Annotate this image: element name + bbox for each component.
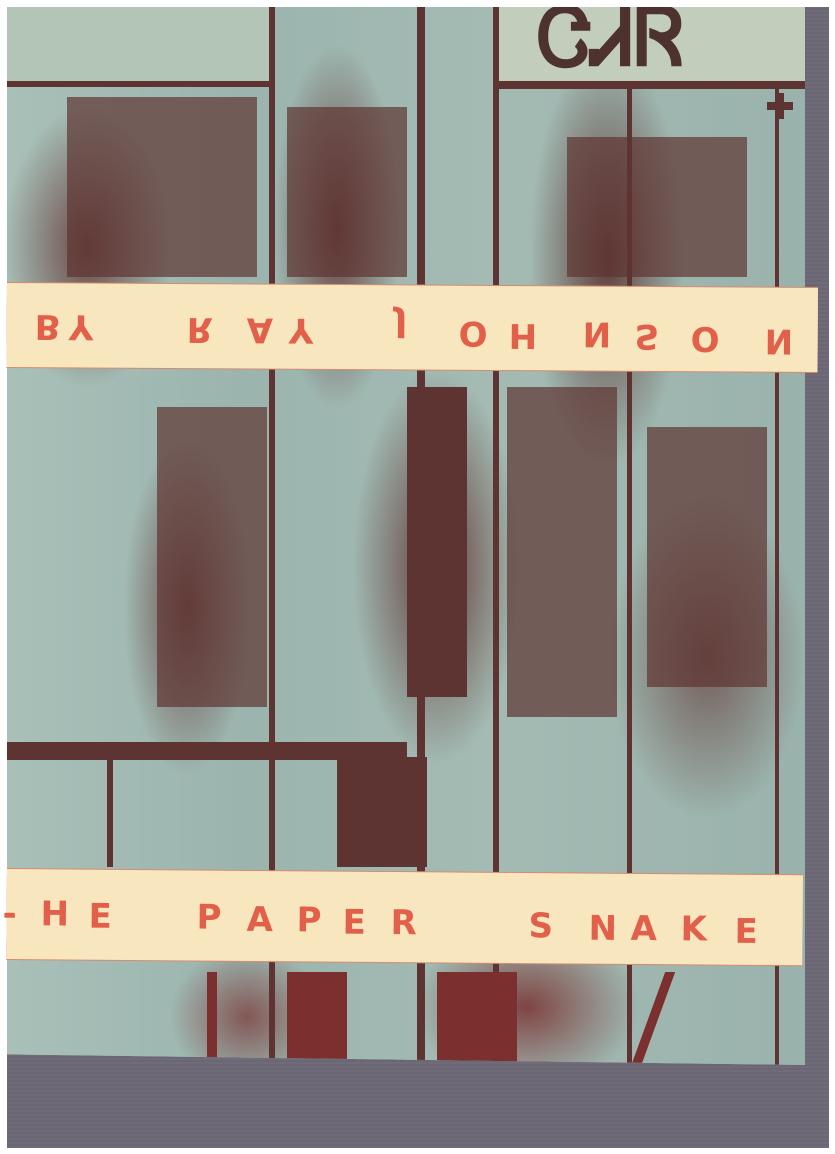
cover-stroke [287,107,407,277]
cover-stroke [407,387,467,697]
author-letter: J [395,307,408,341]
title-letter: E [342,906,366,940]
author-letter: A [247,312,274,346]
cover-panel-top-left [7,7,275,85]
author-letter: R [187,312,213,346]
title-letter: E [734,915,758,949]
author-letter: O [691,321,720,355]
cover-stroke [507,387,617,717]
title-letter: E [88,900,112,934]
author-letter: O [459,316,488,350]
cover-stroke [157,407,267,707]
title-letter: P [196,900,221,934]
title-band: - H E P A P E R S N A K E [6,869,803,965]
title-letter: R [390,906,416,940]
title-letter: K [680,912,707,946]
title-letter: A [630,912,657,946]
cover-print-glyph: ᏣᏗᏒ [537,7,685,77]
cover-stroke [207,972,217,1062]
author-letter: H [509,318,538,352]
title-letter: N [588,912,617,946]
author-letter: N [583,317,612,351]
cover-stroke [776,93,784,119]
cover-stroke [107,757,113,867]
author-letter: S [635,319,660,353]
author-letter: B [35,309,61,343]
author-letter: Y [289,313,314,347]
author-letter: N [765,324,794,358]
cover-stroke [7,81,275,87]
title-letter: - [3,897,17,931]
cover-stroke [337,757,427,867]
author-letter: Y [69,309,94,343]
cover-stroke [287,972,347,1062]
title-letter: P [296,903,321,937]
cover-stroke [647,427,767,687]
cover-stroke [437,972,517,1062]
cover-stroke [67,97,257,277]
cover-stroke [567,137,747,277]
title-letter: H [41,897,70,931]
author-band: B Y R A Y J O H N S O N [6,283,817,372]
title-letter: A [246,903,273,937]
title-letter: S [528,909,553,943]
